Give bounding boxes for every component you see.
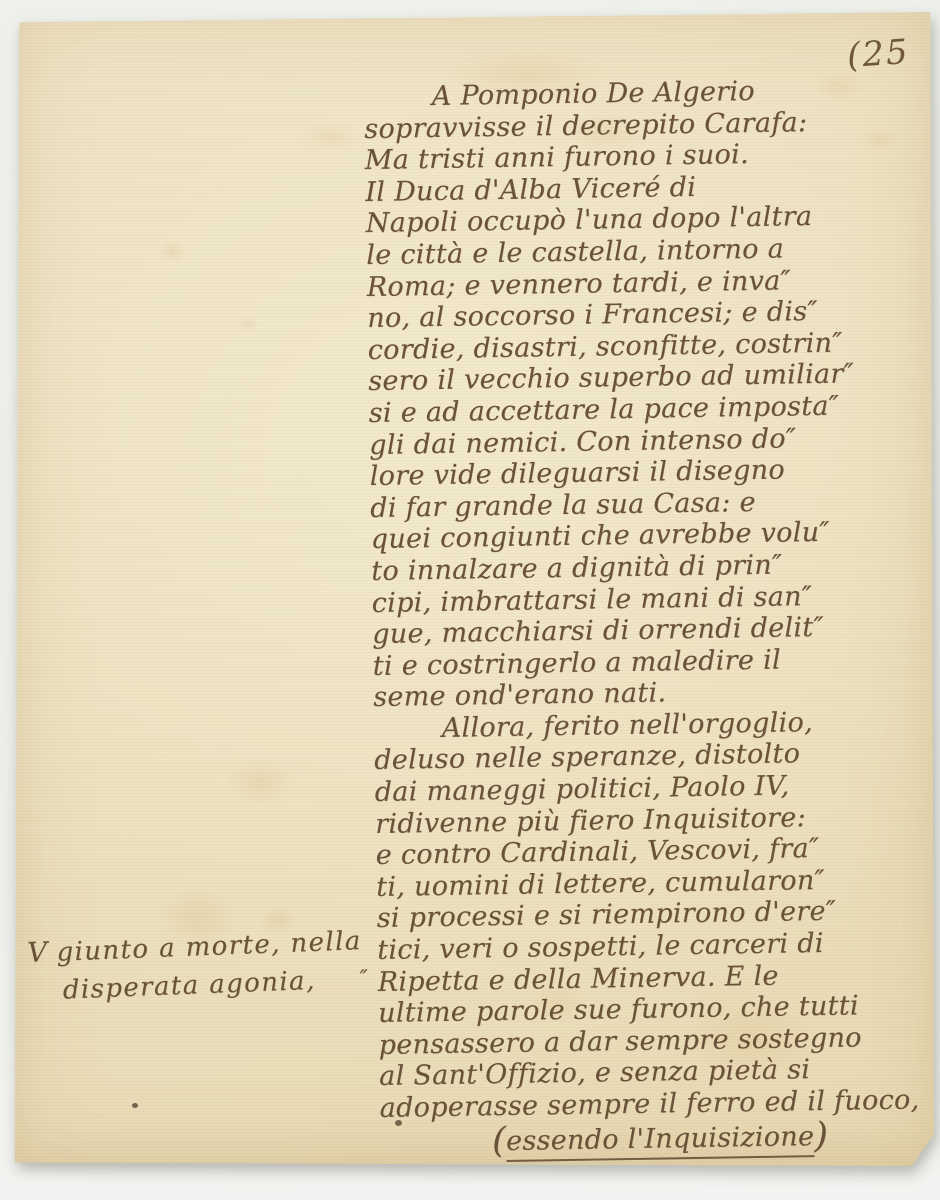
manuscript-page: (25 A Pomponio De Algeriosopravvisse il … bbox=[12, 12, 934, 1166]
open-paren: ( bbox=[492, 1120, 507, 1161]
margin-note-text: giunto a morte, nella bbox=[56, 926, 362, 968]
foxing-spot bbox=[300, 122, 360, 152]
photo-background: (25 A Pomponio De Algeriosopravvisse il … bbox=[0, 0, 940, 1200]
manuscript-line: (essendo l'Inquisizione) bbox=[380, 1116, 940, 1159]
foxing-spot bbox=[160, 240, 186, 262]
close-paren: ) bbox=[814, 1114, 829, 1155]
underlined-phrase: essendo l'Inquisizione bbox=[506, 1121, 815, 1162]
foxing-spot bbox=[238, 316, 258, 332]
insertion-caret-mark: V bbox=[27, 937, 49, 969]
foxing-spot bbox=[225, 757, 295, 807]
margin-note: Vgiunto a morte, nella disperata agonia, bbox=[27, 921, 390, 1011]
paper-shadow: (25 A Pomponio De Algeriosopravvisse il … bbox=[0, 0, 940, 1200]
ink-speck bbox=[132, 1103, 138, 1108]
manuscript-text: A Pomponio De Algeriosopravvisse il decr… bbox=[364, 73, 940, 1159]
page-number: (25 bbox=[846, 32, 911, 76]
